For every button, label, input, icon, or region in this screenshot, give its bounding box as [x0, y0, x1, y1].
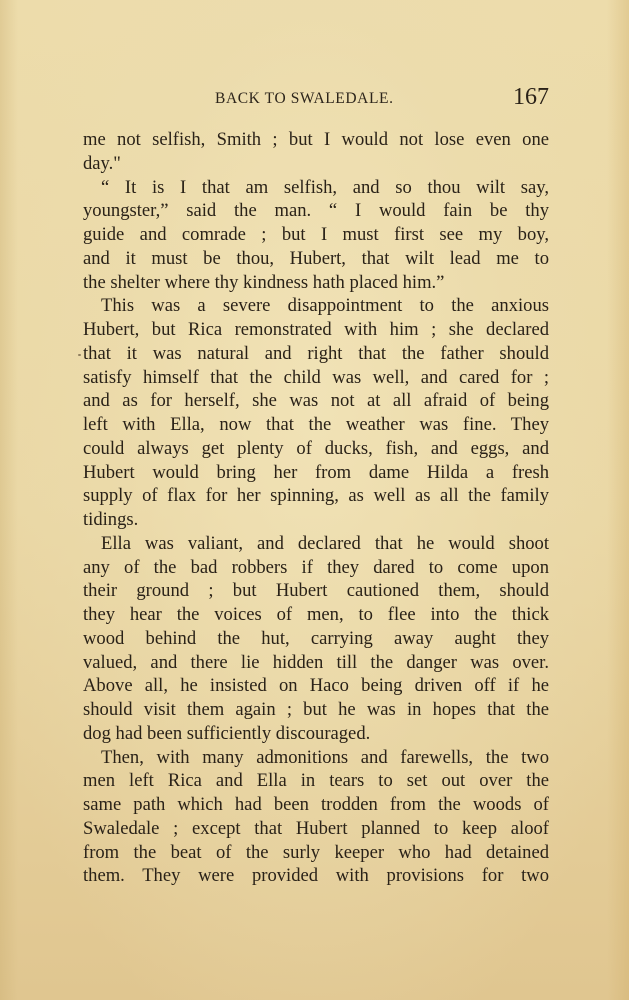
page-edge-shadow-left [0, 0, 18, 1000]
body-text: me not selfish, Smith ; but I would not … [83, 128, 549, 888]
text-line: satisfy himself that the child was well,… [83, 366, 549, 390]
text-line: could always get plenty of ducks, fish, … [83, 437, 549, 461]
text-line: their ground ; but Hubert cautioned them… [83, 579, 549, 603]
text-line: Above all, he insisted on Haco being dri… [83, 674, 549, 698]
book-page: BACK TO SWALEDALE. 167 me not selfish, S… [0, 0, 629, 1000]
text-line: from the beat of the surly keeper who ha… [83, 841, 549, 865]
text-line: men left Rica and Ella in tears to set o… [83, 769, 549, 793]
text-line: they hear the voices of men, to flee int… [83, 603, 549, 627]
text-line: wood behind the hut, carrying away aught… [83, 627, 549, 651]
text-line: any of the bad robbers if they dared to … [83, 556, 549, 580]
page-number: 167 [513, 84, 549, 111]
text-line: tidings. [83, 508, 549, 532]
text-line: Hubert would bring her from dame Hilda a… [83, 461, 549, 485]
margin-speck [78, 354, 81, 356]
text-line: This was a severe disappointment to the … [83, 294, 549, 318]
text-line: “ It is I that am selfish, and so thou w… [83, 176, 549, 200]
running-title: BACK TO SWALEDALE. [215, 90, 394, 108]
text-line: left with Ella, now that the weather was… [83, 413, 549, 437]
text-line: Then, with many admonitions and farewell… [83, 746, 549, 770]
text-line: Ella was valiant, and declared that he w… [83, 532, 549, 556]
text-line: the shelter where thy kindness hath plac… [83, 271, 549, 295]
text-line: Hubert, but Rica remonstrated with him ;… [83, 318, 549, 342]
text-line: guide and comrade ; but I must first see… [83, 223, 549, 247]
page-edge-shadow-right [607, 0, 629, 1000]
text-line: valued, and there lie hidden till the da… [83, 651, 549, 675]
text-line: me not selfish, Smith ; but I would not … [83, 128, 549, 152]
text-line: same path which had been trodden from th… [83, 793, 549, 817]
text-line: supply of flax for her spinning, as well… [83, 484, 549, 508]
text-line: them. They were provided with provisions… [83, 864, 549, 888]
text-line: Swaledale ; except that Hubert planned t… [83, 817, 549, 841]
text-line: and as for herself, she was not at all a… [83, 389, 549, 413]
text-line: and it must be thou, Hubert, that wilt l… [83, 247, 549, 271]
text-line: that it was natural and right that the f… [83, 342, 549, 366]
text-line: dog had been sufficiently discouraged. [83, 722, 549, 746]
text-line: day." [83, 152, 549, 176]
text-line: should visit them again ; but he was in … [83, 698, 549, 722]
text-line: youngster,” said the man. “ I would fain… [83, 199, 549, 223]
running-header: BACK TO SWALEDALE. 167 [83, 86, 549, 114]
